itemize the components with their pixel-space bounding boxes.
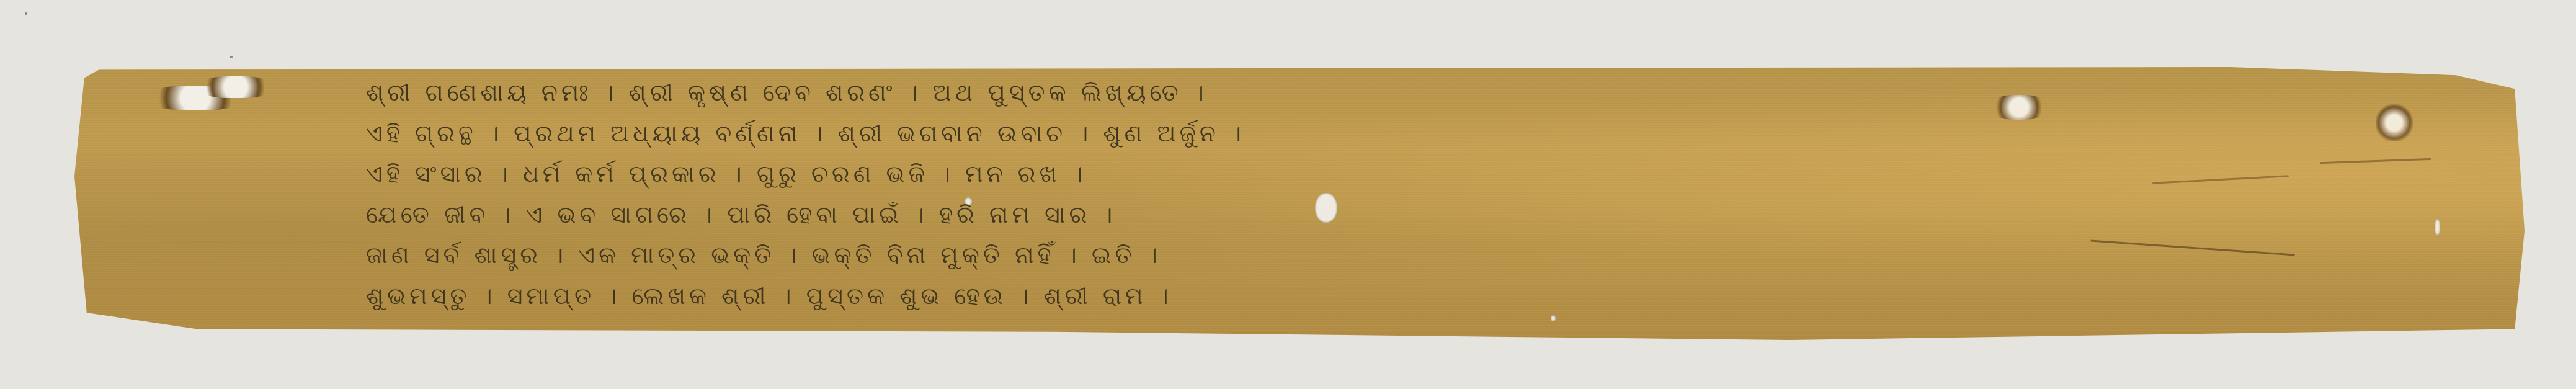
manuscript-line-5: ଜାଣ ସର୍ବ ଶାସ୍ତ୍ର । ଏକ ମାତ୍ର ଭକ୍ତି । ଭକ୍ତ… <box>366 239 2400 271</box>
insect-damage <box>149 86 242 110</box>
insect-damage <box>198 76 273 98</box>
insect-damage <box>2376 104 2413 141</box>
palm-leaf-manuscript: ଶ୍ରୀ ଗଣେଶାୟ ନମଃ । ଶ୍ରୀ କୃଷ୍ଣ ଦେବ ଶରଣଂ । … <box>74 67 2525 340</box>
manuscript-line-2: ଏହି ଗ୍ରନ୍ଥ । ପ୍ରଥମ ଅଧ୍ୟାୟ ବର୍ଣ୍ଣନା । ଶ୍ର… <box>366 117 2400 150</box>
manuscript-line-6: ଶୁଭମସ୍ତୁ । ସମାପ୍ତ । ଲେଖକ ଶ୍ରୀ । ପୁସ୍ତକ ଶ… <box>366 280 2400 312</box>
manuscript-line-4: ଯେତେ ଜୀବ । ଏ ଭବ ସାଗରେ । ପାରି ହେବା ପାଇଁ ।… <box>366 199 2400 231</box>
manuscript-text: ଶ୍ରୀ ଗଣେଶାୟ ନମଃ । ଶ୍ରୀ କୃଷ୍ଣ ଦେବ ଶରଣଂ । … <box>366 76 2400 312</box>
worm-hole <box>965 197 972 206</box>
insect-damage <box>1991 95 2047 120</box>
worm-hole <box>2435 219 2440 235</box>
binding-hole <box>1315 193 1337 223</box>
manuscript-line-1: ଶ୍ରୀ ଗଣେଶାୟ ନମଃ । ଶ୍ରୀ କୃଷ୍ଣ ଦେବ ଶରଣଂ । … <box>366 76 2400 109</box>
leaf-crack <box>2320 158 2431 164</box>
background-speck <box>230 56 233 58</box>
background-speck <box>25 12 27 15</box>
leaf-crack <box>2152 175 2289 184</box>
manuscript-line-3: ଏହି ସଂସାର । ଧର୍ମ କର୍ମ ପ୍ରକାର । ଗୁରୁ ଚରଣ … <box>366 158 2400 190</box>
leaf-crack <box>2090 239 2294 256</box>
worm-hole <box>1551 315 1556 321</box>
